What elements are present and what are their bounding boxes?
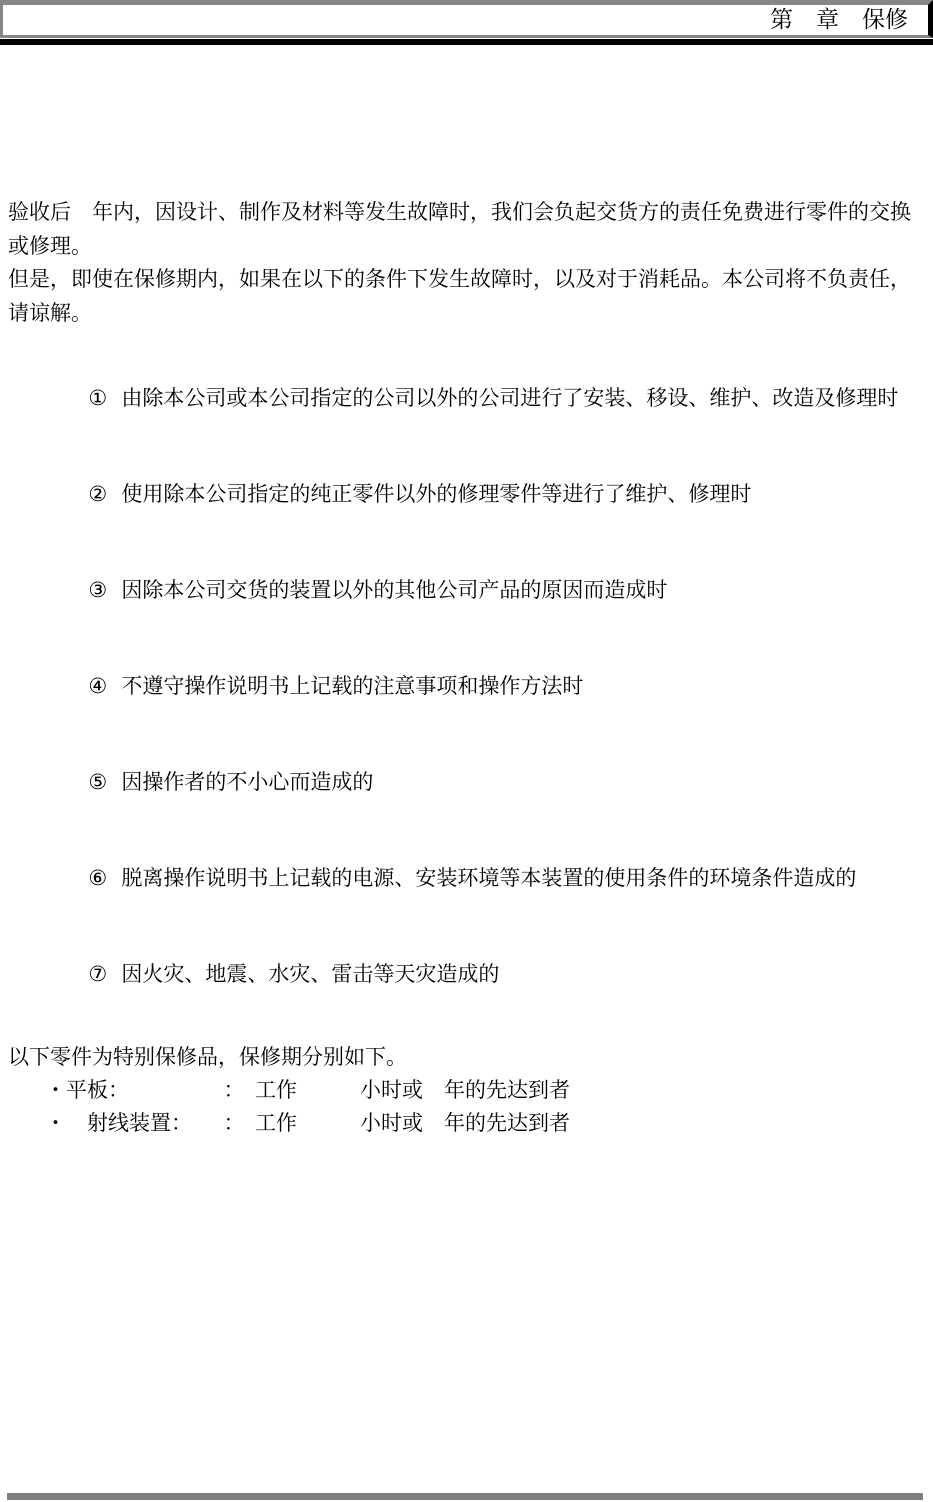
item-text: 不遵守操作说明书上记载的注意事项和操作方法时 [121,674,583,698]
special-warranty-items: ・平板： ： 工作 小时或 年的先达到者 ・ 射线装置： ： 工作 小时或 年的… [8,1074,925,1140]
item-text: 因操作者的不小心而造成的 [121,770,373,794]
item-text: 因火灾、地震、水灾、雷击等天灾造成的 [121,962,499,986]
document-page: 第 章 保修 验收后 年内，因设计、制作及材料等发生故障时，我们会负起交货方的责… [0,0,933,1502]
intro-line-4: 请谅解。 [8,297,925,331]
list-item: ④不遵守操作说明书上记载的注意事项和操作方法时 [8,638,925,734]
list-item: ③因除本公司交货的装置以外的其他公司产品的原因而造成时 [8,542,925,638]
item-text: 使用除本公司指定的纯正零件以外的修理零件等进行了维护、修理时 [121,482,751,506]
item-marker: ④ [88,670,109,702]
special-item-ray-device: ・ 射线装置： ： 工作 小时或 年的先达到者 [8,1107,925,1140]
item-marker: ③ [88,574,109,606]
item-marker: ① [88,382,109,414]
list-item: ①由除本公司或本公司指定的公司以外的公司进行了安装、移设、维护、改造及修理时 [8,350,925,446]
list-item: ②使用除本公司指定的纯正零件以外的修理零件等进行了维护、修理时 [8,446,925,542]
list-item: ⑥脱离操作说明书上记载的电源、安装环境等本装置的使用条件的环境条件造成的 [8,830,925,926]
item-marker: ⑤ [88,766,109,798]
document-body: 验收后 年内，因设计、制作及材料等发生故障时，我们会负起交货方的责任免费进行零件… [8,196,925,1140]
intro-line-2: 或修理。 [8,230,925,264]
list-item: ⑤因操作者的不小心而造成的 [8,734,925,830]
item-marker: ⑦ [88,958,109,990]
warranty-intro-paragraph: 验收后 年内，因设计、制作及材料等发生故障时，我们会负起交货方的责任免费进行零件… [8,196,925,330]
chapter-header: 第 章 保修 [0,0,933,38]
chapter-title: 第 章 保修 [770,5,928,35]
item-marker: ② [88,478,109,510]
item-marker: ⑥ [88,862,109,894]
header-rule [0,39,933,45]
intro-line-3: 但是，即使在保修期内，如果在以下的条件下发生故障时，以及对于消耗品。本公司将不负… [8,263,925,297]
warranty-exclusion-list: ①由除本公司或本公司指定的公司以外的公司进行了安装、移设、维护、改造及修理时 ②… [8,350,925,1022]
item-text: 由除本公司或本公司指定的公司以外的公司进行了安装、移设、维护、改造及修理时 [121,386,898,410]
item-text: 因除本公司交货的装置以外的其他公司产品的原因而造成时 [121,578,667,602]
item-text: 脱离操作说明书上记载的电源、安装环境等本装置的使用条件的环境条件造成的 [121,866,856,890]
list-item: ⑦因火灾、地震、水灾、雷击等天灾造成的 [8,926,925,1022]
special-item-flat-panel: ・平板： ： 工作 小时或 年的先达到者 [8,1074,925,1107]
special-warranty-note: 以下零件为特别保修品，保修期分别如下。 [8,1041,925,1074]
intro-line-1: 验收后 年内，因设计、制作及材料等发生故障时，我们会负起交货方的责任免费进行零件… [8,196,925,230]
footer-rule [7,1493,923,1500]
